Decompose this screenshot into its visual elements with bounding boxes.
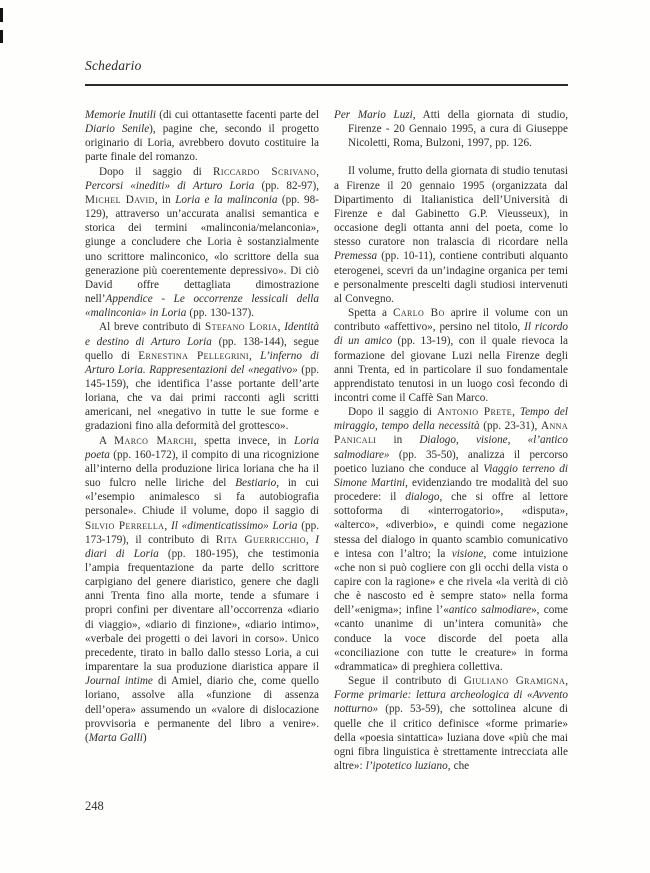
page-number: 248 bbox=[85, 799, 104, 814]
left-column: Memorie Inutili (di cui ottantasette fac… bbox=[85, 108, 319, 773]
text-segment: , in bbox=[155, 194, 175, 206]
text-segment: Spetta a bbox=[348, 307, 393, 319]
scan-artifact bbox=[0, 8, 3, 22]
paragraph: A Marco Marchi, spetta invece, in Loria … bbox=[85, 434, 319, 745]
text-segment: Loria e la malinconia bbox=[175, 194, 277, 206]
paragraph: Segue il contributo di Giuliano Gramigna… bbox=[334, 674, 568, 773]
text-segment: , bbox=[249, 350, 260, 362]
text-segment: l’ipotetico luziano bbox=[366, 760, 448, 772]
text-segment: Dopo il saggio di bbox=[99, 166, 213, 178]
text-segment: Diario Senile bbox=[85, 123, 149, 135]
text-segment: Antonio Prete bbox=[437, 406, 512, 418]
text-segment: Marta Galli bbox=[89, 732, 143, 744]
text-segment: , bbox=[164, 520, 171, 532]
paragraph: Memorie Inutili (di cui ottantasette fac… bbox=[85, 108, 319, 165]
text-segment: Journal intime bbox=[85, 675, 153, 687]
text-segment: Il volume, frutto della giornata di stud… bbox=[334, 165, 568, 248]
text-segment: antico salmodiare bbox=[449, 604, 531, 616]
text-segment: visione bbox=[452, 548, 484, 560]
running-header-title: Schedario bbox=[85, 58, 142, 74]
text-segment: , bbox=[316, 166, 319, 178]
text-segment: Dopo il saggio di bbox=[348, 406, 437, 418]
text-segment: Riccardo Scrivano bbox=[213, 166, 316, 178]
text-segment: Marco Marchi bbox=[114, 435, 194, 447]
paragraph: Dopo il saggio di Riccardo Scrivano, Per… bbox=[85, 165, 319, 321]
text-segment: Premessa bbox=[334, 250, 377, 262]
text-segment: Rita Guerricchio bbox=[216, 534, 306, 546]
text-segment: , bbox=[565, 675, 568, 687]
text-segment: Segue il contributo di bbox=[348, 675, 464, 687]
text-segment: , che bbox=[448, 760, 469, 772]
text-segment: Giuliano Gramigna bbox=[464, 675, 565, 687]
text-segment: ) bbox=[143, 732, 147, 744]
text-segment: Il «dimenticatissimo» Loria bbox=[171, 520, 297, 532]
text-segment: Memorie Inutili bbox=[85, 109, 156, 121]
text-segment: , spetta invece, in bbox=[194, 435, 294, 447]
scanned-journal-page: Schedario Memorie Inutili (di cui ottant… bbox=[0, 0, 650, 873]
text-segment: Stefano Loria bbox=[205, 321, 278, 333]
text-segment: (di cui ottantasette facenti parte del bbox=[156, 109, 319, 121]
text-segment: , bbox=[306, 534, 315, 546]
paragraph: Per Mario Luzi, Atti della giornata di s… bbox=[334, 108, 568, 150]
text-segment: Ernestina Pellegrini bbox=[138, 350, 249, 362]
right-column: Per Mario Luzi, Atti della giornata di s… bbox=[334, 108, 568, 773]
text-segment: , bbox=[512, 406, 520, 418]
text-segment: A bbox=[99, 435, 114, 447]
text-segment: (pp. 180-195), che testimonia l’ampia fr… bbox=[85, 548, 319, 673]
two-column-text-area: Memorie Inutili (di cui ottantasette fac… bbox=[85, 108, 568, 773]
text-segment: Al breve contributo di bbox=[99, 321, 205, 333]
paragraph: Al breve contributo di Stefano Loria, Id… bbox=[85, 320, 319, 433]
paragraph: Dopo il saggio di Antonio Prete, Tempo d… bbox=[334, 405, 568, 674]
text-segment: (pp. 23-31), bbox=[480, 420, 541, 432]
text-segment: Michel David bbox=[85, 194, 155, 206]
text-segment: Silvio Perrella bbox=[85, 520, 164, 532]
text-segment: Bestiario bbox=[235, 477, 276, 489]
text-segment: (pp. 82-97), bbox=[254, 180, 319, 192]
text-segment: Carlo Bo bbox=[393, 307, 445, 319]
text-segment: Per Mario Luzi bbox=[334, 109, 413, 121]
scan-artifact bbox=[0, 30, 3, 43]
text-segment: dialogo bbox=[405, 491, 439, 503]
text-segment: (pp. 98-129), attraverso un’accurata ana… bbox=[85, 194, 319, 305]
text-segment: (pp. 130-137). bbox=[186, 307, 254, 319]
paragraph: Spetta a Carlo Bo aprire il volume con u… bbox=[334, 306, 568, 405]
text-segment: Percorsi «inediti» di Arturo Loria bbox=[85, 180, 254, 192]
paragraph: Il volume, frutto della giornata di stud… bbox=[334, 164, 568, 306]
header-rule bbox=[85, 84, 568, 86]
text-segment: in bbox=[376, 434, 419, 446]
